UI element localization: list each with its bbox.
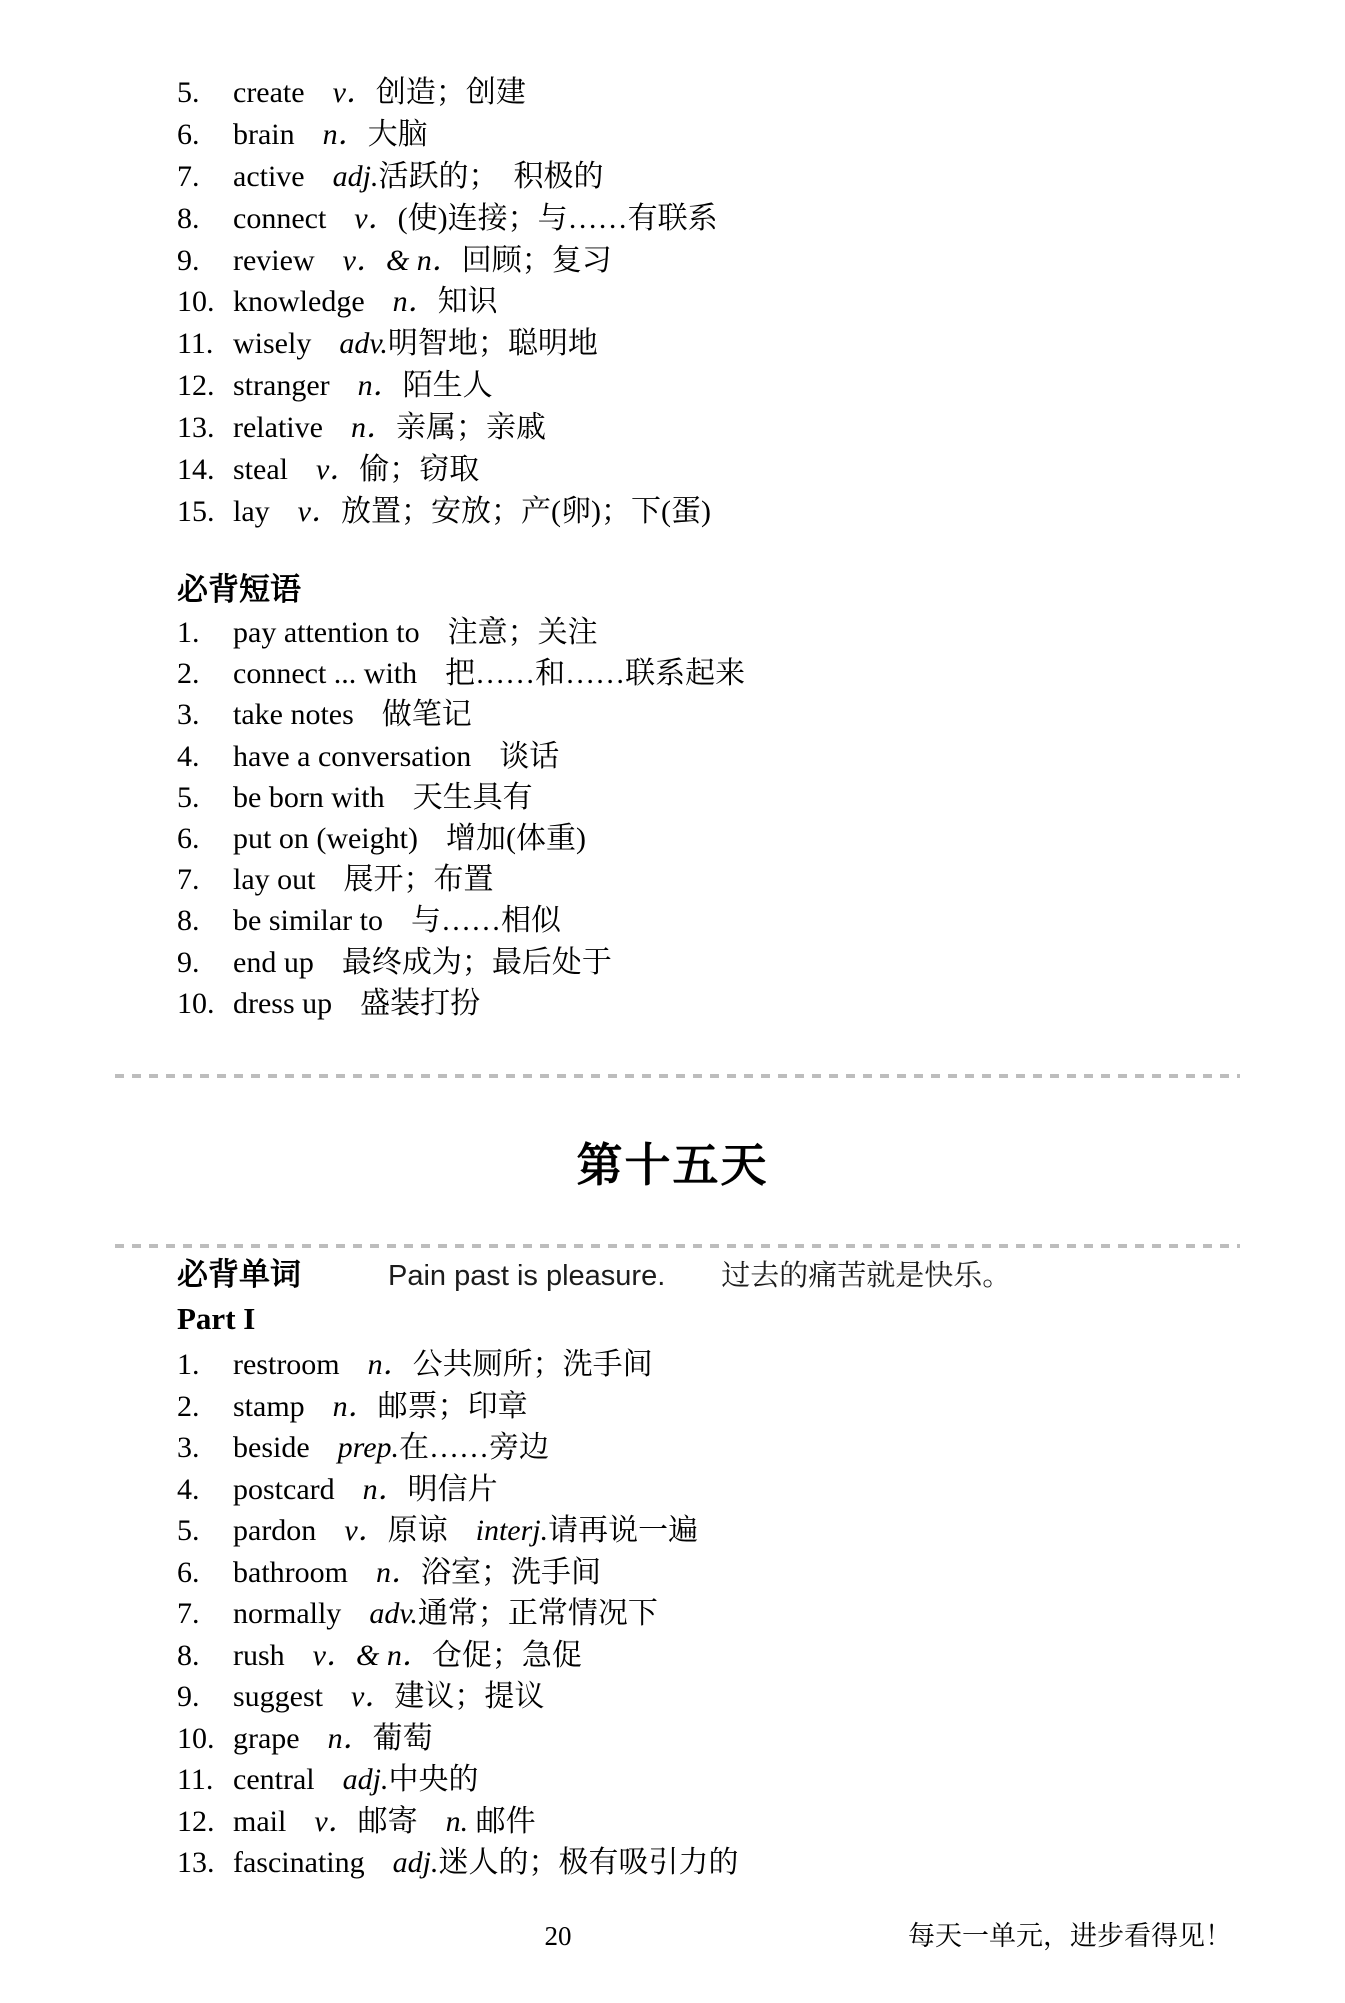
item-number: 8. (177, 900, 233, 941)
item-part: n．浴室；洗手间 (376, 1556, 601, 1589)
item-pos: prep. (338, 1431, 399, 1464)
item-word: stamp (233, 1390, 305, 1423)
item-pos: adj. (393, 1846, 439, 1879)
item-pos: v． (298, 495, 341, 528)
item-part: 注意；关注 (448, 616, 598, 649)
item-definition: 回顾；复习 (462, 244, 612, 277)
item-word: fascinating (233, 1846, 365, 1879)
item-part: n．明信片 (363, 1473, 498, 1506)
item-word: beside (233, 1431, 310, 1464)
item-definition: 与……相似 (411, 904, 561, 937)
item-number: 9. (177, 1676, 233, 1718)
list-item: 4.postcardn．明信片 (177, 1469, 738, 1511)
item-definition: 迷人的；极有吸引力的 (438, 1846, 738, 1879)
item-part: n．公共厕所；洗手间 (368, 1348, 653, 1381)
item-part: v．& n．仓促；急促 (313, 1639, 582, 1672)
item-pos: v． (344, 1514, 387, 1547)
list-item: 1.pay attention to注意；关注 (177, 612, 745, 653)
list-item: 6.bathroomn．浴室；洗手间 (177, 1552, 738, 1594)
item-definition: 做笔记 (382, 698, 472, 731)
item-pos: adv. (369, 1597, 418, 1630)
item-number: 11. (177, 1759, 233, 1801)
item-definition: 公共厕所；洗手间 (413, 1348, 653, 1381)
list-item: 9.suggestv．建议；提议 (177, 1676, 738, 1718)
list-item: 5.pardonv．原谅interj.请再说一遍 (177, 1510, 738, 1552)
motto-chinese: 过去的痛苦就是快乐。 (721, 1260, 1011, 1292)
item-pos: n． (363, 1473, 408, 1506)
item-number: 4. (177, 1469, 233, 1511)
list-item: 8.be similar to与……相似 (177, 900, 745, 941)
item-definition: 邮寄 (358, 1805, 418, 1838)
words-heading: 必背单词 (177, 1258, 301, 1292)
item-pos: adv. (339, 327, 388, 360)
document-page: 5.createv．创造；创建6.brainn．大脑7.activeadj.活跃… (0, 0, 1345, 2003)
item-word: normally (233, 1597, 341, 1630)
list-item: 2.stampn．邮票；印章 (177, 1386, 738, 1428)
item-part: n．大脑 (323, 118, 428, 151)
item-number: 13. (177, 407, 233, 449)
item-definition: (使)连接；与……有联系 (398, 202, 718, 235)
list-item: 13.relativen．亲属；亲戚 (177, 407, 718, 449)
item-word: grape (233, 1722, 300, 1755)
item-pos: v． (354, 202, 397, 235)
day15-word-list: 1.restroomn．公共厕所；洗手间2.stampn．邮票；印章3.besi… (177, 1344, 738, 1884)
item-pos: n． (368, 1348, 413, 1381)
list-item: 3.take notes做笔记 (177, 694, 745, 735)
item-part: v．偷；窃取 (316, 453, 479, 486)
item-part: 把……和……联系起来 (445, 657, 745, 690)
item-definition: 葡萄 (373, 1722, 433, 1755)
footer-slogan: 每天一单元，进步看得见！ (908, 1921, 1232, 1951)
list-item: 6.brainn．大脑 (177, 114, 718, 156)
list-item: 10.dress up盛装打扮 (177, 983, 745, 1024)
item-part: adv.明智地；聪明地 (339, 327, 598, 360)
item-number: 5. (177, 72, 233, 114)
item-word: connect ... with (233, 657, 417, 690)
item-word: postcard (233, 1473, 335, 1506)
item-number: 4. (177, 736, 233, 777)
item-definition: 活跃的； 积极的 (378, 160, 603, 193)
list-item: 7.lay out展开；布置 (177, 859, 745, 900)
item-number: 12. (177, 365, 233, 407)
item-number: 9. (177, 240, 233, 282)
dashed-divider (115, 1244, 1240, 1248)
item-pos: n． (376, 1556, 421, 1589)
item-part: v．建议；提议 (351, 1680, 544, 1713)
item-part: n．亲属；亲戚 (351, 411, 546, 444)
item-word: restroom (233, 1348, 340, 1381)
item-number: 14. (177, 449, 233, 491)
list-item: 2.connect ... with把……和……联系起来 (177, 653, 745, 694)
item-word: suggest (233, 1680, 323, 1713)
item-word: create (233, 76, 305, 109)
item-definition: 把……和……联系起来 (445, 657, 745, 690)
list-item: 10.knowledgen．知识 (177, 281, 718, 323)
item-number: 8. (177, 1635, 233, 1677)
item-word: brain (233, 118, 295, 151)
item-word: dress up (233, 987, 332, 1020)
item-number: 1. (177, 612, 233, 653)
list-item: 13.fascinatingadj.迷人的；极有吸引力的 (177, 1842, 738, 1884)
item-pos: v． (314, 1805, 357, 1838)
list-item: 9.reviewv．& n．回顾；复习 (177, 240, 718, 282)
item-number: 10. (177, 281, 233, 323)
item-word: have a conversation (233, 740, 471, 773)
item-definition: 偷；窃取 (359, 453, 479, 486)
page-number: 20 (538, 1921, 578, 1951)
item-part: 增加(体重) (446, 822, 586, 855)
item-word: be born with (233, 781, 385, 814)
list-item: 9.end up最终成为；最后处于 (177, 942, 745, 983)
item-number: 1. (177, 1344, 233, 1386)
item-number: 6. (177, 1552, 233, 1594)
item-part: 盛装打扮 (360, 987, 480, 1020)
item-definition: 创造；创建 (376, 76, 526, 109)
item-definition: 天生具有 (413, 781, 533, 814)
item-pos: n． (358, 369, 403, 402)
item-part: prep.在……旁边 (338, 1431, 549, 1464)
item-part: 最终成为；最后处于 (342, 946, 612, 979)
item-definition: 仓促；急促 (432, 1639, 582, 1672)
list-item: 12.strangern．陌生人 (177, 365, 718, 407)
item-word: connect (233, 202, 326, 235)
item-number: 15. (177, 491, 233, 533)
item-word: bathroom (233, 1556, 348, 1589)
list-item: 6.put on (weight)增加(体重) (177, 818, 745, 859)
list-item: 10.grapen．葡萄 (177, 1718, 738, 1760)
item-word: rush (233, 1639, 285, 1672)
item-word: put on (weight) (233, 822, 418, 855)
item-pos: v．& n． (313, 1639, 432, 1672)
item-definition: 邮票；印章 (378, 1390, 528, 1423)
item-word: lay out (233, 863, 316, 896)
item-part: adj.中央的 (343, 1763, 479, 1796)
list-item: 1.restroomn．公共厕所；洗手间 (177, 1344, 738, 1386)
item-definition: 谈话 (499, 740, 559, 773)
item-pos: n． (393, 285, 438, 318)
item-definition: 增加(体重) (446, 822, 586, 855)
item-number: 3. (177, 694, 233, 735)
item-definition: 最终成为；最后处于 (342, 946, 612, 979)
item-number: 5. (177, 777, 233, 818)
item-word: take notes (233, 698, 354, 731)
day-title: 第十五天 (0, 1140, 1345, 1190)
item-definition: 明信片 (408, 1473, 498, 1506)
item-definition: 建议；提议 (394, 1680, 544, 1713)
list-item: 8.connectv．(使)连接；与……有联系 (177, 198, 718, 240)
item-word: active (233, 160, 305, 193)
item-definition: 在……旁边 (399, 1431, 549, 1464)
item-definition: 请再说一遍 (548, 1514, 698, 1547)
item-part: 展开；布置 (344, 863, 494, 896)
item-part: v．原谅 (344, 1514, 447, 1547)
item-definition: 通常；正常情况下 (418, 1597, 658, 1630)
item-number: 7. (177, 859, 233, 900)
item-definition: 亲属；亲戚 (396, 411, 546, 444)
item-definition: 浴室；洗手间 (421, 1556, 601, 1589)
item-part: adj.活跃的； 积极的 (333, 160, 604, 193)
item-number: 11. (177, 323, 233, 365)
item-part: n．陌生人 (358, 369, 493, 402)
item-part: v．(使)连接；与……有联系 (354, 202, 717, 235)
list-item: 4.have a conversation谈话 (177, 736, 745, 777)
phrase-list: 1.pay attention to注意；关注2.connect ... wit… (177, 612, 745, 1024)
item-part: n. 邮件 (446, 1805, 536, 1838)
item-part: 天生具有 (413, 781, 533, 814)
item-part: n．葡萄 (328, 1722, 433, 1755)
item-part: n．知识 (393, 285, 498, 318)
list-item: 8.rushv．& n．仓促；急促 (177, 1635, 738, 1677)
item-part: 与……相似 (411, 904, 561, 937)
item-word: stranger (233, 369, 330, 402)
item-pos: adj. (333, 160, 379, 193)
list-item: 11.centraladj.中央的 (177, 1759, 738, 1801)
item-number: 5. (177, 1510, 233, 1552)
item-definition: 中央的 (388, 1763, 478, 1796)
item-definition: 原谅 (388, 1514, 448, 1547)
item-pos: v．& n． (343, 244, 462, 277)
item-word: central (233, 1763, 315, 1796)
item-part: 谈话 (499, 740, 559, 773)
item-part: adv.通常；正常情况下 (369, 1597, 658, 1630)
list-item: 15.layv．放置；安放；产(卵)；下(蛋) (177, 491, 718, 533)
list-item: 5.be born with天生具有 (177, 777, 745, 818)
item-word: steal (233, 453, 288, 486)
part-label: Part I (177, 1302, 255, 1336)
item-word: end up (233, 946, 314, 979)
item-number: 13. (177, 1842, 233, 1884)
item-number: 10. (177, 1718, 233, 1760)
list-item: 12.mailv．邮寄n. 邮件 (177, 1801, 738, 1843)
item-part: v．邮寄 (314, 1805, 417, 1838)
top-word-list: 5.createv．创造；创建6.brainn．大脑7.activeadj.活跃… (177, 72, 718, 533)
item-word: relative (233, 411, 323, 444)
item-pos: v． (316, 453, 359, 486)
item-number: 12. (177, 1801, 233, 1843)
item-word: wisely (233, 327, 311, 360)
item-part: interj.请再说一遍 (476, 1514, 699, 1547)
phrases-heading: 必背短语 (177, 573, 301, 607)
item-pos: n． (328, 1722, 373, 1755)
item-number: 3. (177, 1427, 233, 1469)
item-definition: 陌生人 (403, 369, 493, 402)
item-number: 2. (177, 1386, 233, 1428)
list-item: 11.wiselyadv.明智地；聪明地 (177, 323, 718, 365)
item-number: 6. (177, 114, 233, 156)
item-word: review (233, 244, 315, 277)
item-part: adj.迷人的；极有吸引力的 (393, 1846, 739, 1879)
item-pos: v． (333, 76, 376, 109)
item-number: 7. (177, 1593, 233, 1635)
list-item: 3.besideprep.在……旁边 (177, 1427, 738, 1469)
dashed-divider (115, 1074, 1240, 1078)
motto-english: Pain past is pleasure. (388, 1260, 665, 1292)
list-item: 14.stealv．偷；窃取 (177, 449, 718, 491)
item-pos: interj. (476, 1514, 549, 1547)
item-definition: 放置；安放；产(卵)；下(蛋) (341, 495, 711, 528)
item-word: knowledge (233, 285, 365, 318)
item-definition: 展开；布置 (344, 863, 494, 896)
item-word: pardon (233, 1514, 316, 1547)
item-definition: 知识 (438, 285, 498, 318)
item-pos: adj. (343, 1763, 389, 1796)
item-part: n．邮票；印章 (333, 1390, 528, 1423)
item-pos: n． (333, 1390, 378, 1423)
item-definition: 注意；关注 (448, 616, 598, 649)
item-pos: v． (351, 1680, 394, 1713)
item-word: pay attention to (233, 616, 420, 649)
list-item: 5.createv．创造；创建 (177, 72, 718, 114)
item-number: 7. (177, 156, 233, 198)
item-pos: n． (351, 411, 396, 444)
item-part: v．放置；安放；产(卵)；下(蛋) (298, 495, 711, 528)
item-number: 6. (177, 818, 233, 859)
motto-line: Pain past is pleasure.过去的痛苦就是快乐。 (388, 1259, 1011, 1293)
item-number: 10. (177, 983, 233, 1024)
item-part: v．创造；创建 (333, 76, 526, 109)
item-number: 2. (177, 653, 233, 694)
item-word: be similar to (233, 904, 383, 937)
item-pos: n. (446, 1805, 469, 1838)
item-word: lay (233, 495, 270, 528)
item-number: 8. (177, 198, 233, 240)
item-part: 做笔记 (382, 698, 472, 731)
list-item: 7.normallyadv.通常；正常情况下 (177, 1593, 738, 1635)
item-definition: 明智地；聪明地 (388, 327, 598, 360)
item-pos: n． (323, 118, 368, 151)
item-part: v．& n．回顾；复习 (343, 244, 612, 277)
item-number: 9. (177, 942, 233, 983)
item-definition: 盛装打扮 (360, 987, 480, 1020)
list-item: 7.activeadj.活跃的； 积极的 (177, 156, 718, 198)
item-definition: 大脑 (368, 118, 428, 151)
item-word: mail (233, 1805, 286, 1838)
item-definition: 邮件 (468, 1805, 536, 1838)
